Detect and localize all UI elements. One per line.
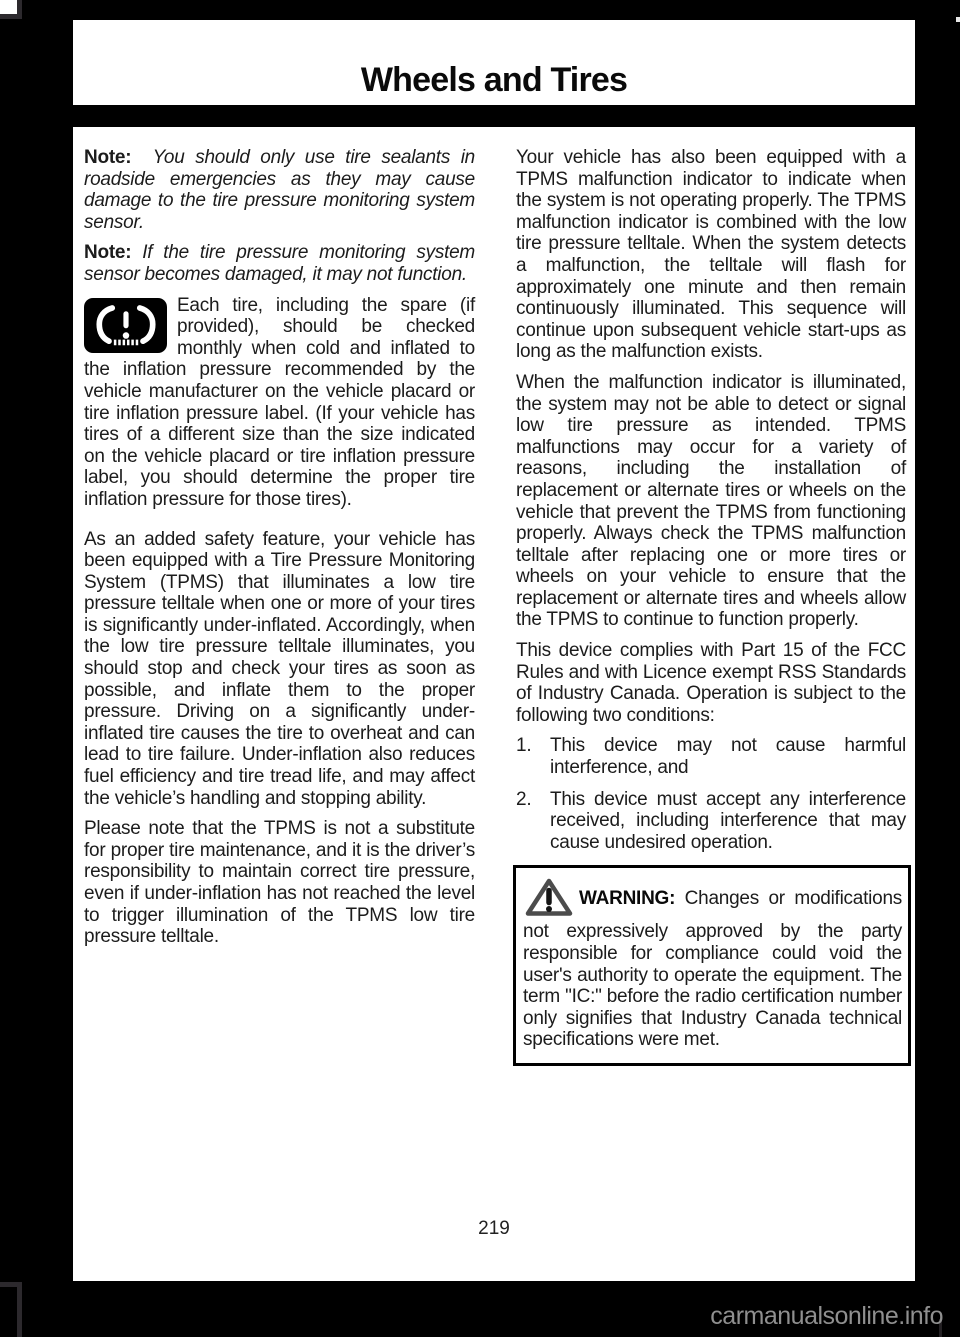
tpms-check-paragraph: Each tire, including the spare (if provi… [84,295,475,511]
page-title: Wheels and Tires [361,61,627,100]
warning-label: WARNING: [579,888,675,909]
warning-text: Changes or modifications not expressivel… [523,888,902,1050]
list-item: 2. This device must accept any interfere… [516,789,906,854]
list-item-number: 2. [516,789,550,854]
low-tire-pressure-warning-icon [84,298,167,353]
warning-triangle-icon [525,877,573,917]
tpms-safety-paragraph: As an added safety feature, your vehicle… [84,529,475,810]
corner-tick-top-right [956,17,960,22]
spacer [131,242,142,263]
manual-page-viewer: Wheels and Tires Note: You should only u… [0,0,960,1337]
corner-crop-mark-top-left [0,0,22,19]
fcc-compliance-paragraph: This device complies with Part 15 of the… [516,640,906,726]
warning-box: WARNING: Changes or modifications not ex… [513,865,911,1066]
note-text: If the tire pressure monitoring system s… [84,242,475,285]
note-label: Note: [84,242,131,263]
list-item-text: This device must accept any interference… [550,789,906,854]
page-body: Note: You should only use tire sealants … [73,127,915,1281]
malfunction-indicator-paragraph-2: When the malfunction indicator is illumi… [516,372,906,631]
list-item-number: 1. [516,735,550,778]
right-column: Your vehicle has also been equipped with… [516,147,906,1066]
list-item-text: This device may not cause harmful interf… [550,735,906,778]
note-label: Note: [84,147,131,168]
malfunction-indicator-paragraph-1: Your vehicle has also been equipped with… [516,147,906,363]
left-column: Note: You should only use tire sealants … [84,147,475,1066]
note-paragraph-1: Note: You should only use tire sealants … [84,147,475,233]
fcc-conditions-list: 1. This device may not cause harmful int… [516,735,906,853]
two-column-layout: Note: You should only use tire sealants … [84,147,906,1066]
watermark-text: carmanualsonline.info [710,1302,943,1331]
note-paragraph-2: Note: If the tire pressure monitoring sy… [84,242,475,285]
warning-paragraph: WARNING: Changes or modifications not ex… [523,877,902,1051]
tpms-maintenance-paragraph: Please note that the TPMS is not a subst… [84,818,475,948]
chapter-header-band: Wheels and Tires [73,20,915,105]
list-item: 1. This device may not cause harmful int… [516,735,906,778]
tpms-telltale-glyph [92,302,160,348]
corner-crop-mark-bottom-left [0,1282,22,1337]
spacer [131,147,152,168]
page-number: 219 [73,1218,915,1240]
spacer [675,888,685,909]
